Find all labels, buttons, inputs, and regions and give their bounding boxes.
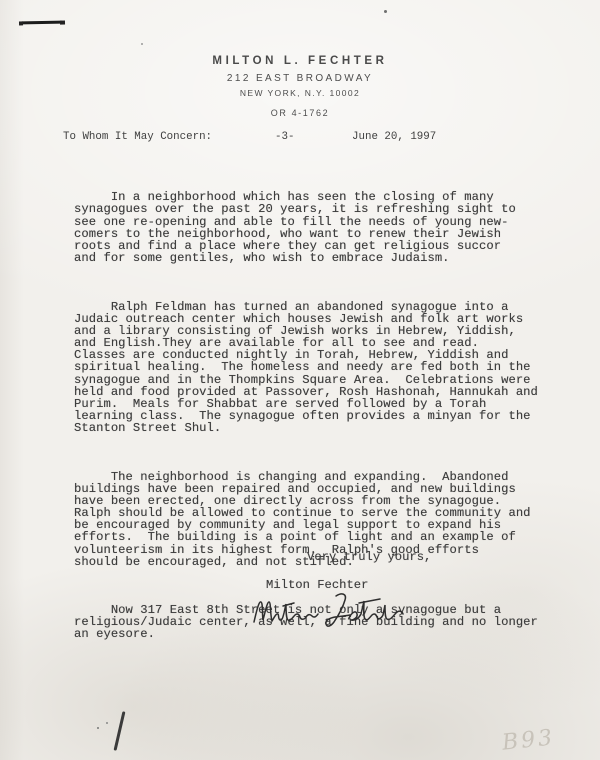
letterhead: MILTON L. FECHTER 212 EAST BROADWAY NEW … xyxy=(0,55,600,118)
page-number: -3- xyxy=(275,131,294,143)
valediction: Very truly yours, xyxy=(307,550,431,564)
handwritten-signature xyxy=(250,589,410,637)
letterhead-address: 212 EAST BROADWAY xyxy=(0,73,600,84)
paper-speck xyxy=(141,43,143,45)
paper-speck xyxy=(384,10,387,13)
pen-slash-mark xyxy=(114,711,126,751)
letter-date: June 20, 1997 xyxy=(352,131,436,143)
letterhead-city: NEW YORK, N.Y. 10002 xyxy=(0,88,600,98)
pen-dot-mark xyxy=(106,722,108,724)
body-paragraph-1: In a neighborhood which has seen the clo… xyxy=(74,191,538,264)
signature-t-crossbar-2 xyxy=(359,599,380,603)
letter-page: MILTON L. FECHTER 212 EAST BROADWAY NEW … xyxy=(0,0,600,760)
letterhead-phone: OR 4-1762 xyxy=(0,108,600,118)
signature-stroke-echter xyxy=(349,601,403,620)
pencil-mark: B93 xyxy=(501,725,556,755)
body-paragraph-3: The neighborhood is changing and expandi… xyxy=(74,471,538,568)
letterhead-name: MILTON L. FECHTER xyxy=(0,55,600,67)
pen-dash-mark xyxy=(21,21,63,25)
pen-dot-mark xyxy=(97,727,99,729)
signature-stroke-f xyxy=(326,594,350,626)
salutation: To Whom It May Concern: xyxy=(63,131,212,143)
signature-t-crossbar-1 xyxy=(283,603,294,606)
body-paragraph-2: Ralph Feldman has turned an abandoned sy… xyxy=(74,301,538,435)
